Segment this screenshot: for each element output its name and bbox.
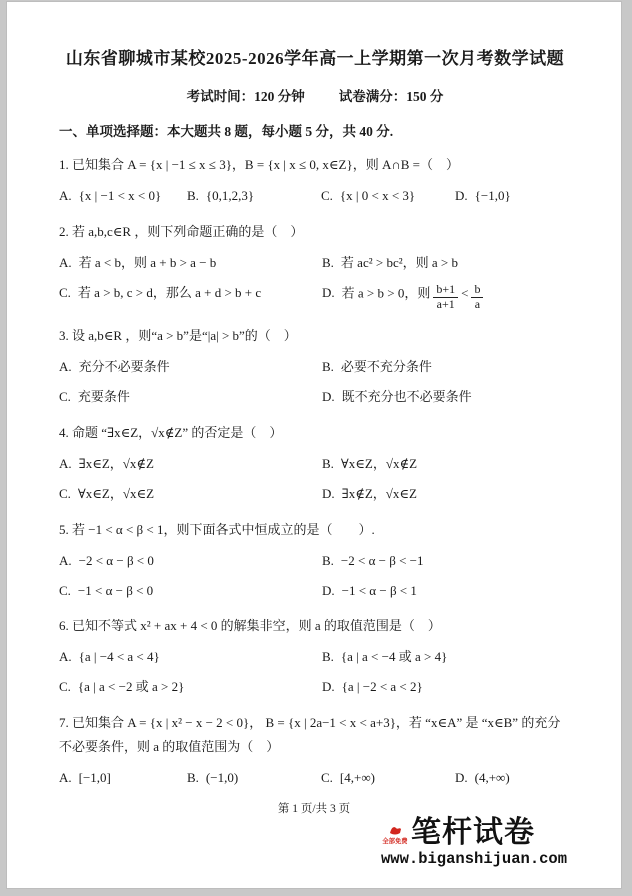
question-4-option-b: B.∀x∈Z，√x∉Z <box>322 454 571 475</box>
option-text: −1 < α − β < 0 <box>78 583 153 598</box>
option-label: C. <box>321 770 333 785</box>
option-label: B. <box>322 553 334 568</box>
option-label: B. <box>187 770 199 785</box>
question-2-option-a: A.若 a < b，则 a + b > a − b <box>59 253 322 274</box>
fraction-denominator: a <box>471 297 483 312</box>
free-stamp-block: 全部免费 <box>381 825 409 848</box>
question-3-option-d: D.既不充分也不必要条件 <box>322 387 571 408</box>
question-3-options-row-1: A.充分不必要条件 B.必要不充分条件 <box>59 357 571 378</box>
option-label: D. <box>322 583 335 598</box>
question-6-options-row-1: A.{a | −4 < a < 4} B.{a | a < −4 或 a > 4… <box>59 647 571 668</box>
option-label: B. <box>322 456 334 471</box>
question-7-stem: 7. 已知集合 A = {x | x² − x − 2 < 0}， B = {x… <box>59 711 571 759</box>
option-text: 若 ac² > bc²，则 a > b <box>341 255 458 270</box>
page-number-footer: 第 1 页/共 3 页 <box>7 800 621 816</box>
option-text: {−1,0} <box>475 188 511 203</box>
question-2-option-d: D.若 a > b > 0，则b+1a+1<ba <box>322 283 571 312</box>
question-5-option-a: A.−2 < α − β < 0 <box>59 551 322 572</box>
question-4: 4. 命题 “∃x∈Z，√x∉Z” 的否定是（ ） A.∃x∈Z，√x∉Z B.… <box>59 421 571 505</box>
option-text: {a | a < −2 或 a > 2} <box>78 679 184 694</box>
option-text: {a | −2 < a < 2} <box>342 679 423 694</box>
question-7-options: A.[−1,0] B.(−1,0) C.[4,+∞) D.(4,+∞) <box>59 768 571 789</box>
page-title: 山东省聊城市某校2025-2026学年高一上学期第一次月考数学试题 <box>59 48 571 70</box>
watermark-logo: 全部免费 笔杆试卷 www.biganshijuan.com <box>381 818 591 868</box>
brand-name: 笔杆试卷 <box>411 818 535 848</box>
question-2: 2. 若 a,b,c∈R ，则下列命题正确的是（ ） A.若 a < b，则 a… <box>59 220 571 311</box>
question-4-options-row-1: A.∃x∈Z，√x∉Z B.∀x∈Z，√x∉Z <box>59 454 571 475</box>
option-text-prefix: 若 a > b > 0，则 <box>342 285 431 300</box>
question-1-stem: 1. 已知集合 A = {x | −1 ≤ x ≤ 3}，B = {x | x … <box>59 153 571 177</box>
option-text: 若 a > b, c > d，那么 a + d > b + c <box>78 285 261 300</box>
option-text: {0,1,2,3} <box>206 188 254 203</box>
option-text: 既不充分也不必要条件 <box>342 389 472 404</box>
question-7-option-b: B.(−1,0) <box>187 768 321 789</box>
question-5-options-row-2: C.−1 < α − β < 0 D.−1 < α − β < 1 <box>59 581 571 602</box>
option-text: (−1,0) <box>206 770 238 785</box>
question-1-option-c: C.{x | 0 < x < 3} <box>321 186 455 207</box>
question-3-option-b: B.必要不充分条件 <box>322 357 571 378</box>
question-1-option-b: B.{0,1,2,3} <box>187 186 321 207</box>
question-7-option-a: A.[−1,0] <box>59 768 187 789</box>
question-4-option-d: D.∃x∉Z，√x∈Z <box>322 484 571 505</box>
option-text: {x | −1 < x < 0} <box>79 188 162 203</box>
brand-url: www.biganshijuan.com <box>381 850 591 868</box>
option-text: −2 < α − β < 0 <box>79 553 154 568</box>
option-text: ∀x∈Z，√x∉Z <box>341 456 417 471</box>
exam-paper-page: 山东省聊城市某校2025-2026学年高一上学期第一次月考数学试题 考试时间：1… <box>7 2 621 888</box>
question-6-option-d: D.{a | −2 < a < 2} <box>322 677 571 698</box>
question-3-option-a: A.充分不必要条件 <box>59 357 322 378</box>
option-label: C. <box>321 188 333 203</box>
question-5-option-c: C.−1 < α − β < 0 <box>59 581 322 602</box>
option-label: C. <box>59 389 71 404</box>
option-label: B. <box>322 255 334 270</box>
option-text: [−1,0] <box>79 770 111 785</box>
option-label: D. <box>322 679 335 694</box>
option-text: ∀x∈Z，√x∈Z <box>78 486 154 501</box>
question-5-options-row-1: A.−2 < α − β < 0 B.−2 < α − β < −1 <box>59 551 571 572</box>
question-1-option-d: D.{−1,0} <box>455 186 571 207</box>
option-label: A. <box>59 359 72 374</box>
full-score-label: 试卷满分：150 分 <box>339 89 444 104</box>
option-label: A. <box>59 649 72 664</box>
question-6-stem: 6. 已知不等式 x² + ax + 4 < 0 的解集非空，则 a 的取值范围… <box>59 614 571 638</box>
option-label: A. <box>59 188 72 203</box>
question-1-option-a: A.{x | −1 < x < 0} <box>59 186 187 207</box>
question-1: 1. 已知集合 A = {x | −1 ≤ x ≤ 3}，B = {x | x … <box>59 153 571 207</box>
fraction-numerator: b <box>471 283 483 297</box>
option-text: ∃x∈Z，√x∉Z <box>79 456 154 471</box>
question-3: 3. 设 a,b∈R ，则“a > b”是“|a| > b”的（ ） A.充分不… <box>59 324 571 408</box>
fraction-denominator: a+1 <box>433 297 458 312</box>
free-stamp-text: 全部免费 <box>382 837 407 846</box>
question-2-option-c: C.若 a > b, c > d，那么 a + d > b + c <box>59 283 322 312</box>
option-text: {x | 0 < x < 3} <box>340 188 415 203</box>
option-label: D. <box>455 188 468 203</box>
question-3-option-c: C.充要条件 <box>59 387 322 408</box>
question-2-stem: 2. 若 a,b,c∈R ，则下列命题正确的是（ ） <box>59 220 571 244</box>
option-label: B. <box>322 649 334 664</box>
option-label: D. <box>322 285 335 300</box>
option-text: ∃x∉Z，√x∈Z <box>342 486 417 501</box>
relation-sign: < <box>461 285 468 300</box>
question-5-stem: 5. 若 −1 < α < β < 1，则下面各式中恒成立的是（ ）. <box>59 518 571 542</box>
question-7-option-c: C.[4,+∞) <box>321 768 455 789</box>
option-label: A. <box>59 553 72 568</box>
question-4-option-c: C.∀x∈Z，√x∈Z <box>59 484 322 505</box>
option-label: D. <box>455 770 468 785</box>
option-text: −1 < α − β < 1 <box>342 583 417 598</box>
option-label: C. <box>59 285 71 300</box>
option-text: −2 < α − β < −1 <box>341 553 424 568</box>
fraction: b+1a+1 <box>433 283 458 312</box>
question-4-options-row-2: C.∀x∈Z，√x∈Z D.∃x∉Z，√x∈Z <box>59 484 571 505</box>
option-text: {a | a < −4 或 a > 4} <box>341 649 447 664</box>
option-text: [4,+∞) <box>340 770 375 785</box>
question-2-option-b: B.若 ac² > bc²，则 a > b <box>322 253 571 274</box>
option-text: 充分不必要条件 <box>79 359 170 374</box>
page-content: 山东省聊城市某校2025-2026学年高一上学期第一次月考数学试题 考试时间：1… <box>7 2 621 789</box>
question-4-stem: 4. 命题 “∃x∈Z，√x∉Z” 的否定是（ ） <box>59 421 571 445</box>
question-5-option-d: D.−1 < α − β < 1 <box>322 581 571 602</box>
option-text: 必要不充分条件 <box>341 359 432 374</box>
section-heading: 一、单项选择题：本大题共 8 题，每小题 5 分，共 40 分. <box>59 120 571 140</box>
option-label: C. <box>59 583 71 598</box>
watermark-brand-row: 全部免费 笔杆试卷 <box>381 818 591 848</box>
option-label: C. <box>59 486 71 501</box>
option-label: B. <box>322 359 334 374</box>
option-label: C. <box>59 679 71 694</box>
question-6-option-a: A.{a | −4 < a < 4} <box>59 647 322 668</box>
fraction-numerator: b+1 <box>433 283 458 297</box>
option-label: D. <box>322 389 335 404</box>
option-label: D. <box>322 486 335 501</box>
exam-info-line: 考试时间：120 分钟试卷满分：150 分 <box>59 85 571 105</box>
question-6-option-c: C.{a | a < −2 或 a > 2} <box>59 677 322 698</box>
question-7-option-d: D.(4,+∞) <box>455 768 571 789</box>
question-4-option-a: A.∃x∈Z，√x∉Z <box>59 454 322 475</box>
fraction: ba <box>471 283 483 312</box>
exam-time-label: 考试时间：120 分钟 <box>187 89 305 104</box>
red-seal-icon <box>389 825 402 836</box>
option-label: A. <box>59 255 72 270</box>
option-label: B. <box>187 188 199 203</box>
question-7: 7. 已知集合 A = {x | x² − x − 2 < 0}， B = {x… <box>59 711 571 789</box>
option-text: {a | −4 < a < 4} <box>79 649 160 664</box>
question-6-options-row-2: C.{a | a < −2 或 a > 2} D.{a | −2 < a < 2… <box>59 677 571 698</box>
option-text: 若 a < b，则 a + b > a − b <box>79 255 217 270</box>
option-label: A. <box>59 770 72 785</box>
question-6: 6. 已知不等式 x² + ax + 4 < 0 的解集非空，则 a 的取值范围… <box>59 614 571 698</box>
question-2-options-row-1: A.若 a < b，则 a + b > a − b B.若 ac² > bc²，… <box>59 253 571 274</box>
option-text: 充要条件 <box>78 389 130 404</box>
question-5-option-b: B.−2 < α − β < −1 <box>322 551 571 572</box>
question-2-options-row-2: C.若 a > b, c > d，那么 a + d > b + c D.若 a … <box>59 283 571 312</box>
option-text: (4,+∞) <box>475 770 510 785</box>
question-3-stem: 3. 设 a,b∈R ，则“a > b”是“|a| > b”的（ ） <box>59 324 571 348</box>
option-label: A. <box>59 456 72 471</box>
question-1-options: A.{x | −1 < x < 0} B.{0,1,2,3} C.{x | 0 … <box>59 186 571 207</box>
question-3-options-row-2: C.充要条件 D.既不充分也不必要条件 <box>59 387 571 408</box>
question-6-option-b: B.{a | a < −4 或 a > 4} <box>322 647 571 668</box>
question-5: 5. 若 −1 < α < β < 1，则下面各式中恒成立的是（ ）. A.−2… <box>59 518 571 602</box>
